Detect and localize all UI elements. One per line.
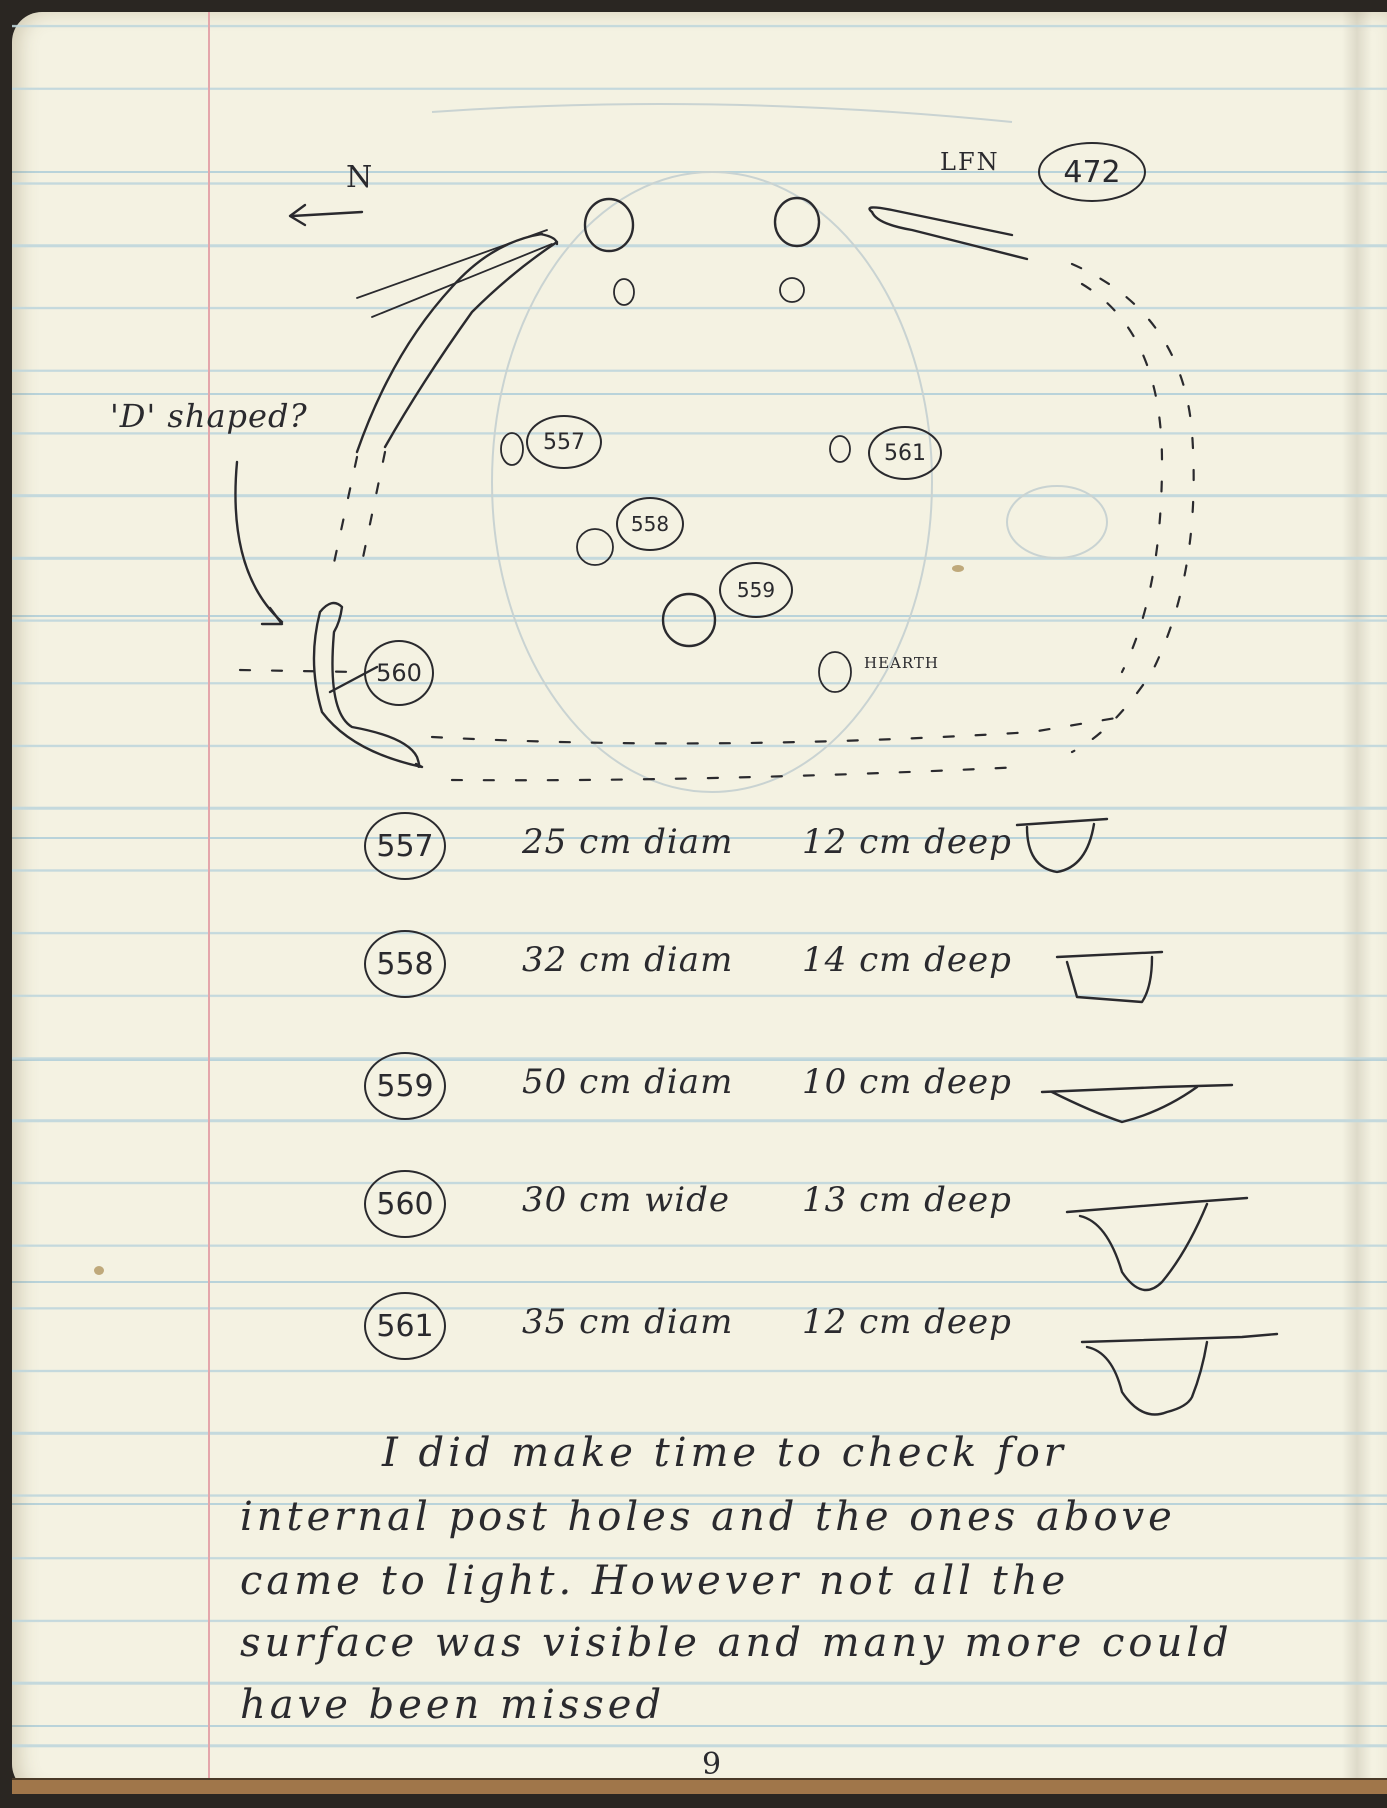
stain-mark xyxy=(952,565,964,572)
row-id-badge: 558 xyxy=(364,930,446,998)
posthole-label-561: 561 xyxy=(868,426,942,480)
row-id-badge: 559 xyxy=(364,1052,446,1120)
hearth-label: HEARTH xyxy=(864,654,939,672)
page-number: 9 xyxy=(702,1747,722,1782)
row-width: 32 cm diam xyxy=(522,940,733,980)
north-arrow-icon xyxy=(290,205,362,225)
note-line: have been missed xyxy=(240,1682,665,1728)
posthole-label-559: 559 xyxy=(719,562,793,618)
posthole-label-558: 558 xyxy=(616,497,684,551)
notebook-page: N LFN 472 'D' shaped? HEARTH 557 558 559… xyxy=(12,12,1387,1794)
note-line: came to light. However not all the xyxy=(240,1558,1069,1604)
notebook-cover-edge xyxy=(12,1778,1387,1794)
context-prefix: LFN xyxy=(940,148,1000,176)
row-depth: 12 cm deep xyxy=(802,1302,1012,1342)
posthole-label-557: 557 xyxy=(526,415,602,469)
note-line: internal post holes and the ones above xyxy=(240,1494,1176,1540)
note-line: surface was visible and many more could xyxy=(240,1620,1233,1666)
row-id-badge: 557 xyxy=(364,812,446,880)
row-width: 25 cm diam xyxy=(522,822,733,862)
row-depth: 10 cm deep xyxy=(802,1062,1012,1102)
stain-mark xyxy=(94,1266,104,1275)
row-id-badge: 561 xyxy=(364,1292,446,1360)
measurement-row: 559 50 cm diam 10 cm deep xyxy=(12,1052,1387,1132)
context-number-badge: 472 xyxy=(1038,142,1146,202)
row-width: 50 cm diam xyxy=(522,1062,733,1102)
row-depth: 13 cm deep xyxy=(802,1180,1012,1220)
row-depth: 14 cm deep xyxy=(802,940,1012,980)
note-line: I did make time to check for xyxy=(382,1430,1067,1476)
measurement-row: 561 35 cm diam 12 cm deep xyxy=(12,1292,1387,1372)
north-label: N xyxy=(346,160,373,195)
measurement-row: 557 25 cm diam 12 cm deep xyxy=(12,812,1387,892)
row-width: 30 cm wide xyxy=(522,1180,730,1220)
row-id-badge: 560 xyxy=(364,1170,446,1238)
measurement-row: 560 30 cm wide 13 cm deep xyxy=(12,1170,1387,1250)
posthole-label-560: 560 xyxy=(364,640,434,706)
measurement-row: 558 32 cm diam 14 cm deep xyxy=(12,930,1387,1010)
row-width: 35 cm diam xyxy=(522,1302,733,1342)
row-depth: 12 cm deep xyxy=(802,822,1012,862)
shape-note: 'D' shaped? xyxy=(110,397,308,435)
